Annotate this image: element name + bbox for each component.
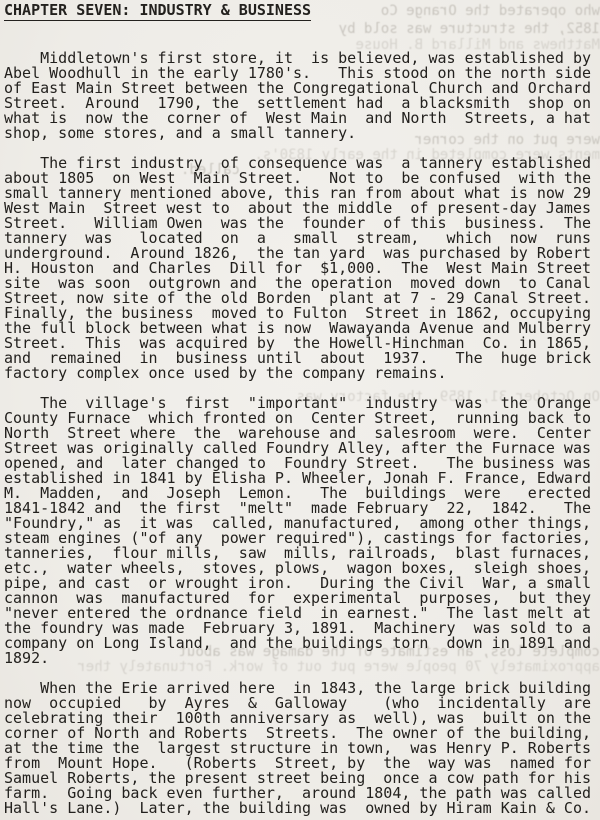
chapter-title-text: CHAPTER SEVEN: INDUSTRY & BUSINESS xyxy=(4,3,311,21)
chapter-title: CHAPTER SEVEN: INDUSTRY & BUSINESS xyxy=(4,3,596,21)
paragraph-county-furnace: The village's first "important" industry… xyxy=(4,396,596,666)
page-content: CHAPTER SEVEN: INDUSTRY & BUSINESS Middl… xyxy=(4,3,596,816)
paragraph-first-industry: The first industry of consequence was a … xyxy=(4,156,596,381)
page: who operated the Orange Co 1852, the str… xyxy=(0,0,600,820)
paragraph-first-store: Middletown's first store, it is believed… xyxy=(4,51,596,141)
paragraph-erie-building: When the Erie arrived here in 1843, the … xyxy=(4,681,596,816)
